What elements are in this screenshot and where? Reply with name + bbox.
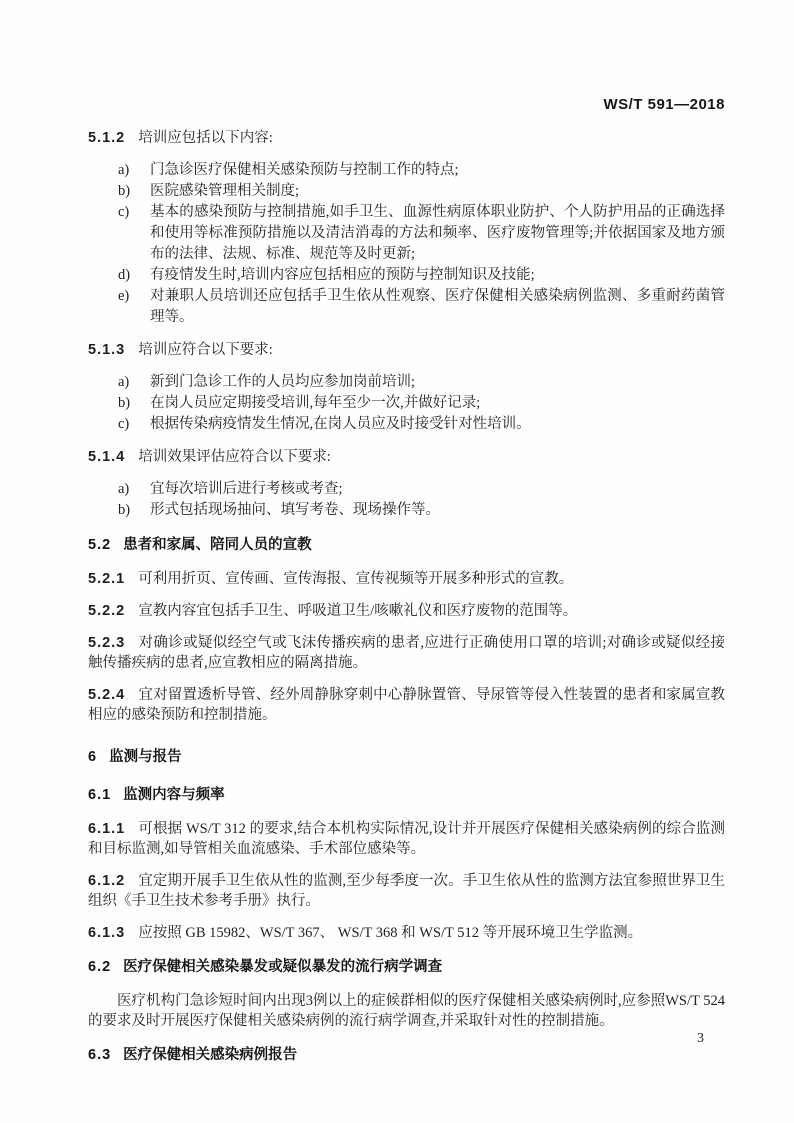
list-marker: b) xyxy=(118,500,150,521)
section-number: 6.2 xyxy=(88,959,111,975)
list-item-text: 医院感染管理相关制度; xyxy=(150,181,725,202)
list-marker: d) xyxy=(118,265,150,286)
clause-number: 5.2.4 xyxy=(88,687,125,703)
list-5-1-4: a) 宜每次培训后进行考核或考查; b) 形式包括现场抽问、填写考卷、现场操作等… xyxy=(88,479,725,521)
list-item-text: 形式包括现场抽问、填写考卷、现场操作等。 xyxy=(150,500,725,521)
list-item-text: 在岗人员应定期接受培训,每年至少一次,并做好记录; xyxy=(150,393,725,414)
clause-5-1-2: 5.1.2培训应包括以下内容: xyxy=(88,128,725,148)
list-item: c) 基本的感染预防与控制措施,如手卫生、血源性病原体职业防护、个人防护用品的正… xyxy=(118,202,725,265)
clause-number: 6.1.2 xyxy=(88,873,125,889)
list-item-text: 对兼职人员培训还应包括手卫生依从性观察、医疗保健相关感染病例监测、多重耐药菌管理… xyxy=(150,286,725,328)
paragraph-6-2: 医疗机构门急诊短时间内出现3例以上的症候群相似的医疗保健相关感染病例时,应参照W… xyxy=(88,991,725,1031)
list-marker: b) xyxy=(118,393,150,414)
document-content: 5.1.2培训应包括以下内容: a) 门急诊医疗保健相关感染预防与控制工作的特点… xyxy=(88,116,725,1079)
clause-6-1-3: 6.1.3应按照 GB 15982、WS/T 367、 WS/T 368 和 W… xyxy=(88,923,725,943)
list-5-1-2: a) 门急诊医疗保健相关感染预防与控制工作的特点; b) 医院感染管理相关制度;… xyxy=(88,160,725,328)
clause-text: 可根据 WS/T 312 的要求,结合本机构实际情况,设计并开展医疗保健相关感染… xyxy=(88,821,725,857)
chapter-number: 6 xyxy=(88,749,97,765)
list-item-text: 门急诊医疗保健相关感染预防与控制工作的特点; xyxy=(150,160,725,181)
clause-text: 培训应包括以下内容: xyxy=(138,130,273,146)
list-marker: c) xyxy=(118,202,150,265)
list-item: a) 门急诊医疗保健相关感染预防与控制工作的特点; xyxy=(118,160,725,181)
clause-6-1-1: 6.1.1可根据 WS/T 312 的要求,结合本机构实际情况,设计并开展医疗保… xyxy=(88,819,725,859)
list-item: a) 宜每次培训后进行考核或考查; xyxy=(118,479,725,500)
list-marker: c) xyxy=(118,414,150,435)
list-item-text: 根据传染病疫情发生情况,在岗人员应及时接受针对性培训。 xyxy=(150,414,725,435)
clause-text: 宣教内容宜包括手卫生、呼吸道卫生/咳嗽礼仪和医疗废物的范围等。 xyxy=(138,603,577,619)
list-item: e) 对兼职人员培训还应包括手卫生依从性观察、医疗保健相关感染病例监测、多重耐药… xyxy=(118,286,725,328)
list-item-text: 新到门急诊工作的人员均应参加岗前培训; xyxy=(150,372,725,393)
list-item: b) 形式包括现场抽问、填写考卷、现场操作等。 xyxy=(118,500,725,521)
clause-text: 培训应符合以下要求: xyxy=(138,342,273,358)
page-number: 3 xyxy=(697,1031,704,1047)
list-5-1-3: a) 新到门急诊工作的人员均应参加岗前培训; b) 在岗人员应定期接受培训,每年… xyxy=(88,372,725,435)
section-number: 6.1 xyxy=(88,787,111,803)
list-item: a) 新到门急诊工作的人员均应参加岗前培训; xyxy=(118,372,725,393)
clause-5-2-1: 5.2.1可利用折页、宣传画、宣传海报、宣传视频等开展多种形式的宣教。 xyxy=(88,569,725,589)
clause-number: 5.1.2 xyxy=(88,130,125,146)
clause-5-1-3: 5.1.3培训应符合以下要求: xyxy=(88,340,725,360)
list-item-text: 有疫情发生时,培训内容应包括相应的预防与控制知识及技能; xyxy=(150,265,725,286)
list-item-text: 基本的感染预防与控制措施,如手卫生、血源性病原体职业防护、个人防护用品的正确选择… xyxy=(150,202,725,265)
section-title: 患者和家属、陪同人员的宣教 xyxy=(123,537,312,553)
clause-number: 5.2.3 xyxy=(88,635,125,651)
section-heading-6-3: 6.3医疗保健相关感染病例报告 xyxy=(88,1045,725,1065)
clause-number: 6.1.1 xyxy=(88,821,125,837)
clause-number: 5.1.4 xyxy=(88,449,125,465)
clause-5-2-2: 5.2.2宣教内容宜包括手卫生、呼吸道卫生/咳嗽礼仪和医疗废物的范围等。 xyxy=(88,601,725,621)
document-page: WS/T 591—2018 5.1.2培训应包括以下内容: a) 门急诊医疗保健… xyxy=(0,0,794,1123)
section-heading-6-1: 6.1监测内容与频率 xyxy=(88,785,725,805)
clause-text: 应按照 GB 15982、WS/T 367、 WS/T 368 和 WS/T 5… xyxy=(138,925,642,941)
section-heading-5-2: 5.2患者和家属、陪同人员的宣教 xyxy=(88,535,725,555)
clause-5-2-4: 5.2.4宜对留置透析导管、经外周静脉穿刺中心静脉置管、导尿管等侵入性装置的患者… xyxy=(88,685,725,725)
section-number: 5.2 xyxy=(88,537,111,553)
clause-text: 对确诊或疑似经空气或飞沫传播疾病的患者,应进行正确使用口罩的培训;对确诊或疑似经… xyxy=(88,635,725,671)
section-number: 6.3 xyxy=(88,1047,111,1063)
list-marker: a) xyxy=(118,160,150,181)
section-heading-6-2: 6.2医疗保健相关感染暴发或疑似暴发的流行病学调查 xyxy=(88,957,725,977)
clause-text: 培训效果评估应符合以下要求: xyxy=(138,449,331,465)
list-item: c) 根据传染病疫情发生情况,在岗人员应及时接受针对性培训。 xyxy=(118,414,725,435)
clause-text: 宜对留置透析导管、经外周静脉穿刺中心静脉置管、导尿管等侵入性装置的患者和家属宣教… xyxy=(88,687,725,723)
chapter-heading-6: 6监测与报告 xyxy=(88,747,725,767)
list-item: b) 医院感染管理相关制度; xyxy=(118,181,725,202)
clause-5-2-3: 5.2.3对确诊或疑似经空气或飞沫传播疾病的患者,应进行正确使用口罩的培训;对确… xyxy=(88,633,725,673)
list-item: b) 在岗人员应定期接受培训,每年至少一次,并做好记录; xyxy=(118,393,725,414)
list-item-text: 宜每次培训后进行考核或考查; xyxy=(150,479,725,500)
clause-number: 5.2.1 xyxy=(88,571,125,587)
section-title: 医疗保健相关感染暴发或疑似暴发的流行病学调查 xyxy=(123,959,442,975)
list-item: d) 有疫情发生时,培训内容应包括相应的预防与控制知识及技能; xyxy=(118,265,725,286)
clause-text: 宜定期开展手卫生依从性的监测,至少每季度一次。手卫生依从性的监测方法宜参照世界卫… xyxy=(88,873,725,909)
chapter-title: 监测与报告 xyxy=(109,749,182,765)
list-marker: b) xyxy=(118,181,150,202)
section-title: 医疗保健相关感染病例报告 xyxy=(123,1047,297,1063)
list-marker: a) xyxy=(118,479,150,500)
list-marker: a) xyxy=(118,372,150,393)
clause-number: 6.1.3 xyxy=(88,925,125,941)
clause-number: 5.1.3 xyxy=(88,342,125,358)
clause-number: 5.2.2 xyxy=(88,603,125,619)
clause-6-1-2: 6.1.2宜定期开展手卫生依从性的监测,至少每季度一次。手卫生依从性的监测方法宜… xyxy=(88,871,725,911)
standard-number-header: WS/T 591—2018 xyxy=(603,96,725,113)
clause-text: 可利用折页、宣传画、宣传海报、宣传视频等开展多种形式的宣教。 xyxy=(138,571,573,587)
clause-5-1-4: 5.1.4培训效果评估应符合以下要求: xyxy=(88,447,725,467)
section-title: 监测内容与频率 xyxy=(123,787,225,803)
list-marker: e) xyxy=(118,286,150,328)
